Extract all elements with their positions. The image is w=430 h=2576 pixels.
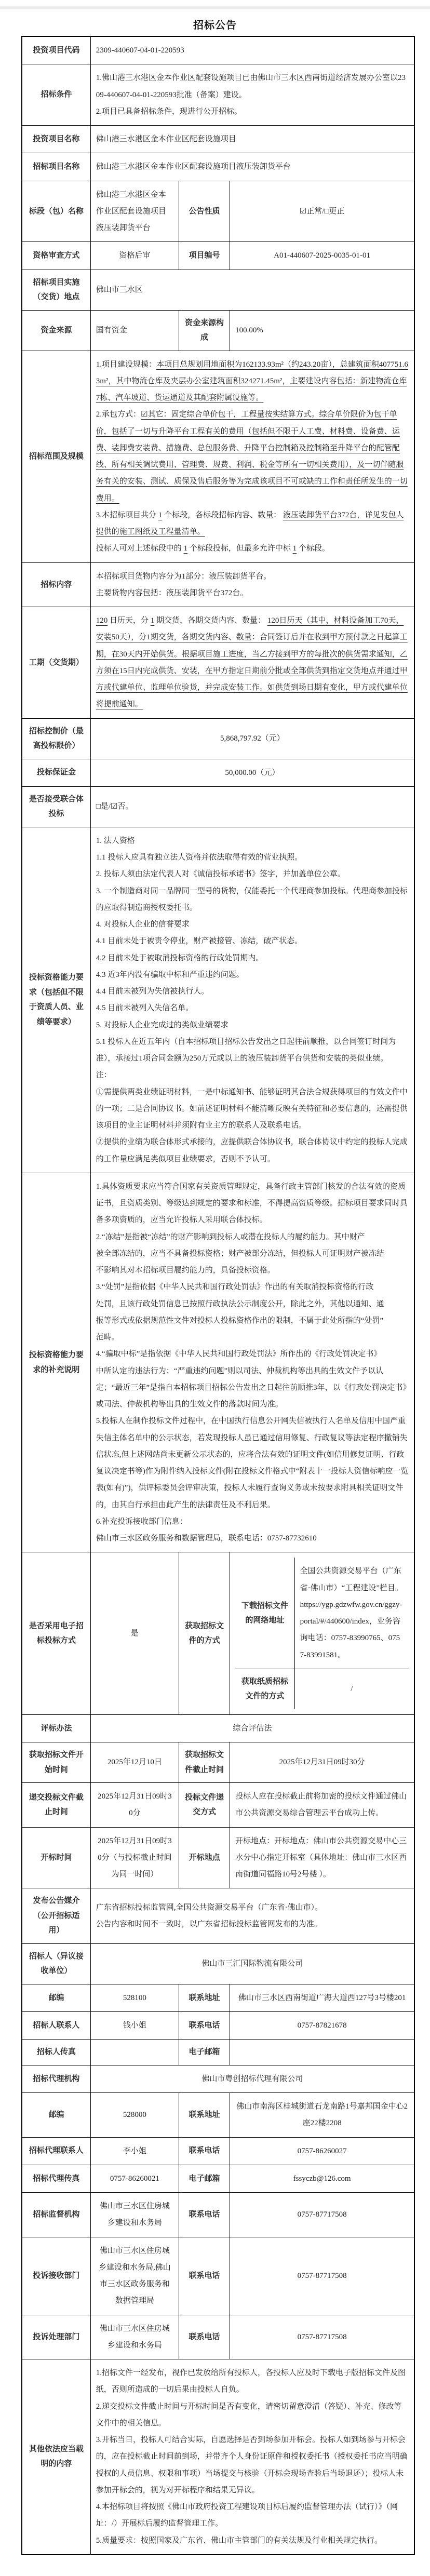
tenderer-label: 招标人（异议接收单位）	[22, 1943, 90, 1984]
row-agency-postcode: 邮编 528000 联系地址 佛山市南海区桂城街道石龙南路1号嘉邦国金中心2座2…	[22, 2093, 414, 2138]
agency-postcode-label: 邮编	[22, 2093, 90, 2138]
row-other-content: 其他依法应当载明的内容 1.招标文件一经发布，视作已发放给所有投标人，各投标人应…	[22, 2359, 414, 2555]
project-code-label: 投资项目代码	[22, 36, 90, 64]
other-content-value: 1.招标文件一经发布，视作已发放给所有投标人，各投标人应及时下载电子版招标文件及…	[90, 2359, 414, 2555]
agency-address-label: 联系地址	[179, 2093, 230, 2138]
row-tender-conditions: 招标条件 1.佛山港三水港区金本作业区配套设施项目已由佛山市三水区西南街道经济发…	[22, 64, 414, 126]
tenderer-postcode-value: 528100	[90, 1984, 179, 2011]
control-price-label: 招标控制价（最高投标限价）	[22, 718, 90, 759]
agency-contact-value: 李小姐	[90, 2137, 179, 2165]
tenderer-address-label: 联系地址	[179, 1984, 230, 2011]
document-start-time-value: 2025年12月10日	[90, 1742, 179, 1783]
complaint-handling-phone-value: 0757-87717508	[230, 2315, 414, 2359]
agency-phone-label: 联系电话	[179, 2137, 230, 2165]
investment-project-name-label: 投资项目名称	[22, 126, 90, 153]
fund-source-value: 国有资金	[90, 310, 179, 351]
supervisor-phone-label: 联系电话	[179, 2193, 230, 2237]
tenderer-phone-label: 联系电话	[179, 2012, 230, 2040]
row-complaint-handling: 投诉处理部门 佛山市三水区住房城乡建设和水务局 联系电话 0757-877175…	[22, 2315, 414, 2359]
row-tenderer-fax: 招标人传真 电子邮箱	[22, 2040, 414, 2065]
tenderer-postcode-label: 邮编	[22, 1984, 90, 2011]
agency-postcode-value: 528000	[90, 2093, 179, 2138]
row-scope-and-scale: 招标范围及规模 1.项目建设规模：本项目总规划用地面积为162133.93m²（…	[22, 351, 414, 562]
other-content-label: 其他依法应当载明的内容	[22, 2359, 90, 2555]
section-name-value: 佛山港三水港区金本作业区配套设施项目液压装卸货平台	[90, 181, 179, 242]
submission-deadline-label: 递交投标文件截止时间	[22, 1783, 90, 1828]
paper-document-method-value: /	[294, 1669, 409, 1709]
row-bid-bond: 投标保证金 50,000.00（元）	[22, 759, 414, 786]
document-acquisition-inner-table: 下载招标文件的网络地址 全国公共资源交易平台（广东省·佛山市）“工程建设”栏目。…	[235, 1558, 409, 1709]
delivery-period-value: 120 日历天，分 1 期交货，各期交货内容、数量： 120日历天（其中，材料设…	[90, 607, 414, 719]
document-acquisition-method-label: 获取招标文件的方式	[179, 1552, 230, 1715]
document-deadline-label: 获取招标文件截止时间	[179, 1742, 230, 1783]
document-start-time-label: 获取招标文件开始时间	[22, 1742, 90, 1783]
tender-project-name-value: 佛山港三水港区金本作业区配套设施项目液压装卸货平台	[90, 153, 414, 181]
row-paper-document-method: 获取纸质招标文件的方式 /	[235, 1669, 409, 1709]
agency-fax-label: 招标代理传真	[22, 2165, 90, 2192]
download-address-label: 下载招标文件的网络地址	[235, 1558, 294, 1669]
tenderer-fax-value	[90, 2040, 179, 2065]
evaluation-method-value: 综合评估法	[90, 1714, 414, 1742]
bid-bond-value: 50,000.00（元）	[90, 759, 414, 786]
supervisor-phone-value: 0757-87717508	[230, 2193, 414, 2237]
scope-and-scale-label: 招标范围及规模	[22, 351, 90, 562]
investment-project-name-value: 佛山港三水港区金本作业区配套设施项目	[90, 126, 414, 153]
tender-conditions-value: 1.佛山港三水港区金本作业区配套设施项目已由佛山市三水区西南街道经济发展办公室以…	[90, 64, 414, 126]
qualification-supplement-value: 1.具体资质要求应当符合国家有关资质管理规定，具备行政主管部门核发的合法有效的资…	[90, 1173, 414, 1552]
tenderer-contact-label: 招标人联系人	[22, 2012, 90, 2040]
agency-value: 佛山市粤创招标代理有限公司	[90, 2065, 414, 2092]
project-code-value: 2309-440607-04-01-220593	[90, 36, 414, 64]
scope-and-scale-value: 1.项目建设规模：本项目总规划用地面积为162133.93m²（约243.20亩…	[90, 351, 414, 562]
row-agency-fax: 招标代理传真 0757-86260021 电子邮箱 fssyczb@126.co…	[22, 2165, 414, 2192]
bid-opening-time-label: 开标时间	[22, 1827, 90, 1888]
tenderer-email-label: 电子邮箱	[179, 2040, 230, 2065]
consortium-bid-value: □是/☑否。	[90, 786, 414, 827]
top-divider	[0, 6, 430, 9]
row-agency-contact: 招标代理联系人 李小姐 联系电话 0757-86260027	[22, 2137, 414, 2165]
paper-document-method-label: 获取纸质招标文件的方式	[235, 1669, 294, 1709]
row-document-time: 获取招标文件开始时间 2025年12月10日 获取招标文件截止时间 2025年1…	[22, 1742, 414, 1783]
row-complaint-receiving: 投诉接收部门 佛山市三水区住房城乡建设和水务局,佛山市三水区政务服务和数据管理局…	[22, 2237, 414, 2315]
tender-project-name-label: 招标项目名称	[22, 153, 90, 181]
row-tender-content: 招标内容 本招标项目货物内容分为1部分：液压装卸货平台。 主要货物内容包括：液压…	[22, 562, 414, 607]
row-bid-opening: 开标时间 2025年12月31日09时30分（与投标截止时间为同一时间） 开标地…	[22, 1827, 414, 1888]
evaluation-method-label: 评标办法	[22, 1714, 90, 1742]
announcement-media-value: 广东省招标投标监管网,全国公共资源交易平台（广东省·佛山市）。 公告内容和时间不…	[90, 1888, 414, 1944]
submission-method-value: 投标人应在投标截止前将加密的投标文件通过佛山市公共资源交易综合管理云平台成功上传…	[230, 1783, 414, 1828]
bid-opening-place-label: 开标地点	[179, 1827, 230, 1888]
row-evaluation-method: 评标办法 综合评估法	[22, 1714, 414, 1742]
row-delivery-location: 招标项目实施（交货）地点 佛山市三水区	[22, 270, 414, 310]
tenderer-email-value	[230, 2040, 414, 2065]
supervisor-label: 招标监督机构	[22, 2193, 90, 2237]
agency-email-label: 电子邮箱	[179, 2165, 230, 2192]
project-number-label: 项目编号	[179, 242, 230, 270]
electronic-bidding-value: 是	[90, 1552, 179, 1715]
complaint-handling-value: 佛山市三水区住房城乡建设和水务局	[90, 2315, 179, 2359]
tender-conditions-label: 招标条件	[22, 64, 90, 126]
complaint-handling-phone-label: 联系电话	[179, 2315, 230, 2359]
fund-source-label: 资金来源	[22, 310, 90, 351]
row-consortium-bid: 是否接受联合体投标 □是/☑否。	[22, 786, 414, 827]
bid-bond-label: 投标保证金	[22, 759, 90, 786]
row-submission-deadline: 递交投标文件截止时间 2025年12月31日09时30分 投标文件递交方式 投标…	[22, 1783, 414, 1828]
bid-opening-time-value: 2025年12月31日09时30分（与投标截止时间为同一时间）	[90, 1827, 179, 1888]
tenderer-value: 佛山市三汇国际物流有限公司	[90, 1943, 414, 1984]
row-project-code: 投资项目代码 2309-440607-04-01-220593	[22, 36, 414, 64]
agency-contact-label: 招标代理联系人	[22, 2137, 90, 2165]
qualification-requirements-value: 1. 法人资格 1.1 投标人应具有独立法人资格并依法取得有效的营业执照。 2.…	[90, 827, 414, 1173]
complaint-receiving-phone-label: 联系电话	[179, 2237, 230, 2315]
tender-announcement-table: 投资项目代码 2309-440607-04-01-220593 招标条件 1.佛…	[21, 36, 415, 2555]
delivery-period-label: 工期（交货期）	[22, 607, 90, 719]
control-price-value: 5,868,797.92（元）	[90, 718, 414, 759]
announcement-media-label: 发布公告媒介（公开招标适用）	[22, 1888, 90, 1944]
row-tenderer-contact: 招标人联系人 钱小姐 联系电话 0757-87821678	[22, 2012, 414, 2040]
row-qualification-requirements: 投标资格能力要求（包括但不限于资质人员、业绩等要求） 1. 法人资格 1.1 投…	[22, 827, 414, 1173]
row-qualification-review: 资格审查方式 资格后审 项目编号 A01-440607-2025-0035-01…	[22, 242, 414, 270]
tenderer-phone-value: 0757-87821678	[230, 2012, 414, 2040]
row-electronic-bidding: 是否采用电子招标投标方式 是 获取招标文件的方式 下载招标文件的网络地址 全国公…	[22, 1552, 414, 1715]
agency-email-value: fssyczb@126.com	[230, 2165, 414, 2192]
complaint-receiving-value: 佛山市三水区住房城乡建设和水务局,佛山市三水区政务服务和数据管理局	[90, 2237, 179, 2315]
row-delivery-period: 工期（交货期） 120 日历天，分 1 期交货，各期交货内容、数量： 120日历…	[22, 607, 414, 719]
download-address-value: 全国公共资源交易平台（广东省·佛山市）“工程建设”栏目。https://ygp.…	[294, 1558, 409, 1669]
qualification-supplement-label: 投标资格能力要求的补充说明	[22, 1173, 90, 1552]
bid-opening-place-value: 开标地点：开标地点：佛山市公共资源交易中心三水分中心指定开标室（具体地址：佛山市…	[230, 1827, 414, 1888]
row-supervisor: 招标监督机构 佛山市三水区住房城乡建设和水务局 联系电话 0757-877175…	[22, 2193, 414, 2237]
project-number-value: A01-440607-2025-0035-01-01	[230, 242, 414, 270]
qualification-review-label: 资格审查方式	[22, 242, 90, 270]
row-control-price: 招标控制价（最高投标限价） 5,868,797.92（元）	[22, 718, 414, 759]
qualification-review-value: 资格后审	[90, 242, 179, 270]
submission-method-label: 投标文件递交方式	[179, 1783, 230, 1828]
announcement-nature-value: ☑正常/□更正	[230, 181, 414, 242]
complaint-receiving-label: 投诉接收部门	[22, 2237, 90, 2315]
row-download-address: 下载招标文件的网络地址 全国公共资源交易平台（广东省·佛山市）“工程建设”栏目。…	[235, 1558, 409, 1669]
supervisor-value: 佛山市三水区住房城乡建设和水务局	[90, 2193, 179, 2237]
fund-composition-label: 资金来源构成	[179, 310, 230, 351]
row-qualification-supplement: 投标资格能力要求的补充说明 1.具体资质要求应当符合国家有关资质管理规定，具备行…	[22, 1173, 414, 1552]
complaint-receiving-phone-value: 0757-87717508	[230, 2237, 414, 2315]
consortium-bid-label: 是否接受联合体投标	[22, 786, 90, 827]
document-acquisition-cell: 下载招标文件的网络地址 全国公共资源交易平台（广东省·佛山市）“工程建设”栏目。…	[230, 1552, 414, 1715]
submission-deadline-value: 2025年12月31日09时30分	[90, 1783, 179, 1828]
agency-fax-value: 0757-86260021	[90, 2165, 179, 2192]
page-title: 招标公告	[0, 17, 430, 32]
row-investment-project-name: 投资项目名称 佛山港三水港区金本作业区配套设施项目	[22, 126, 414, 153]
electronic-bidding-label: 是否采用电子招标投标方式	[22, 1552, 90, 1715]
row-fund-source: 资金来源 国有资金 资金来源构成 100.00%	[22, 310, 414, 351]
tenderer-fax-label: 招标人传真	[22, 2040, 90, 2065]
agency-phone-value: 0757-86260027	[230, 2137, 414, 2165]
announcement-nature-label: 公告性质	[179, 181, 230, 242]
row-section-name: 标段（包）名称 佛山港三水港区金本作业区配套设施项目液压装卸货平台 公告性质 ☑…	[22, 181, 414, 242]
complaint-handling-label: 投诉处理部门	[22, 2315, 90, 2359]
agency-address-value: 佛山市南海区桂城街道石龙南路1号嘉邦国金中心2座22楼2208	[230, 2093, 414, 2138]
row-agency: 招标代理机构 佛山市粤创招标代理有限公司	[22, 2065, 414, 2092]
row-tenderer: 招标人（异议接收单位） 佛山市三汇国际物流有限公司	[22, 1943, 414, 1984]
row-tender-project-name: 招标项目名称 佛山港三水港区金本作业区配套设施项目液压装卸货平台	[22, 153, 414, 181]
delivery-location-label: 招标项目实施（交货）地点	[22, 270, 90, 310]
delivery-location-value: 佛山市三水区	[90, 270, 414, 310]
row-announcement-media: 发布公告媒介（公开招标适用） 广东省招标投标监管网,全国公共资源交易平台（广东省…	[22, 1888, 414, 1944]
section-name-label: 标段（包）名称	[22, 181, 90, 242]
agency-label: 招标代理机构	[22, 2065, 90, 2092]
tenderer-contact-value: 钱小姐	[90, 2012, 179, 2040]
fund-composition-value: 100.00%	[230, 310, 414, 351]
qualification-requirements-label: 投标资格能力要求（包括但不限于资质人员、业绩等要求）	[22, 827, 90, 1173]
tender-content-label: 招标内容	[22, 562, 90, 607]
tenderer-address-value: 佛山市三水区西南街道广海大道西127号3号楼201	[230, 1984, 414, 2011]
tender-content-value: 本招标项目货物内容分为1部分：液压装卸货平台。 主要货物内容包括：液压装卸货平台…	[90, 562, 414, 607]
row-tenderer-postcode: 邮编 528100 联系地址 佛山市三水区西南街道广海大道西127号3号楼201	[22, 1984, 414, 2011]
document-deadline-value: 2025年12月31日09时30分	[230, 1742, 414, 1783]
